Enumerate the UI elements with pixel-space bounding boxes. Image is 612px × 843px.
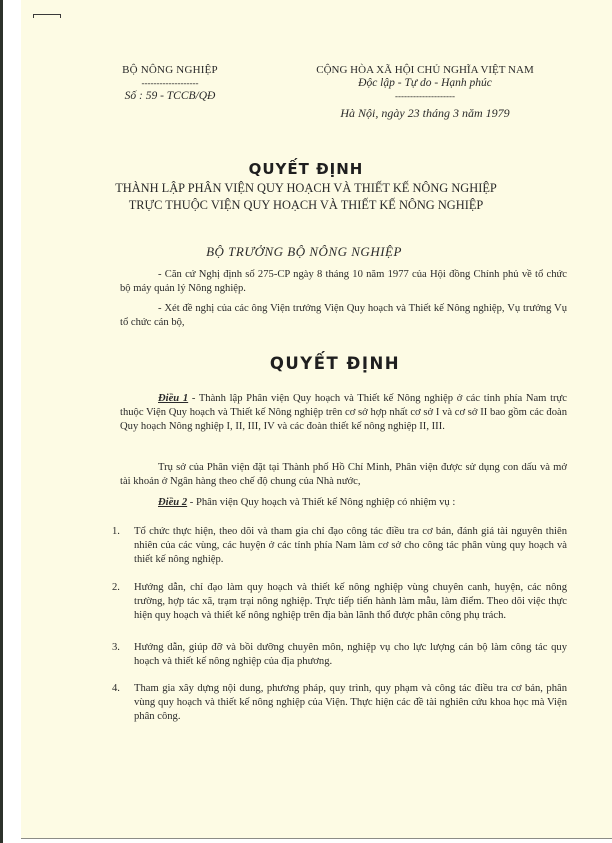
national-motto: Độc lập - Tự do - Hạnh phúc (300, 77, 550, 89)
subtitle-line-1: THÀNH LẬP PHÂN VIỆN QUY HOẠCH VÀ THIẾT K… (0, 180, 612, 197)
scan-bottom-edge (21, 838, 612, 839)
document-subtitle: THÀNH LẬP PHÂN VIỆN QUY HOẠCH VÀ THIẾT K… (0, 180, 612, 214)
preamble-2: - Xét đề nghị của các ông Viện trưởng Vi… (120, 302, 567, 330)
preamble-2-text: - Xét đề nghị của các ông Viện trưởng Vi… (120, 303, 567, 328)
scan-left-edge (0, 0, 3, 843)
duty-text: Hướng dẫn, giúp đỡ và bồi dưỡng chuyên m… (134, 641, 567, 669)
preamble-1: - Căn cứ Nghị định số 275-CP ngày 8 thán… (120, 268, 567, 296)
ministry-name: BỘ NÔNG NGHIỆP (100, 64, 240, 76)
article-1: Điều 1 - Thành lập Phân viện Quy hoạch v… (120, 392, 567, 434)
duty-number: 3. (112, 641, 134, 669)
duty-number: 4. (112, 682, 134, 724)
decision-heading: QUYẾT ĐỊNH (0, 354, 612, 373)
duty-text: Tổ chức thực hiện, theo dõi và tham gia … (134, 525, 567, 567)
article-2-label: Điều 2 (158, 497, 187, 508)
article-1-text: - Thành lập Phân viện Quy hoạch và Thiết… (120, 393, 567, 432)
article-2: Điều 2 - Phân viện Quy hoạch và Thiết kế… (120, 496, 567, 510)
article-2-text: - Phân viện Quy hoạch và Thiết kế Nông n… (187, 497, 455, 508)
issuer-header: BỘ NÔNG NGHIỆP ------------------- Số : … (100, 64, 240, 102)
separator: -------------------- (300, 91, 550, 101)
duty-text: Hướng dẫn, chỉ đạo làm quy hoạch và thiế… (134, 581, 567, 623)
duty-text: Tham gia xây dựng nội dung, phương pháp,… (134, 682, 567, 724)
separator: ------------------- (100, 78, 240, 88)
duty-number: 1. (112, 525, 134, 567)
issuer-title: BỘ TRƯỞNG BỘ NÔNG NGHIỆP (0, 244, 612, 260)
duty-number: 2. (112, 581, 134, 623)
national-header: CỘNG HÒA XÃ HỘI CHỦ NGHĨA VIỆT NAM Độc l… (300, 64, 550, 121)
subtitle-line-2: TRỰC THUỘC VIỆN QUY HOẠCH VÀ THIẾT KẾ NÔ… (0, 197, 612, 214)
document-date: Hà Nội, ngày 23 tháng 3 năm 1979 (300, 106, 550, 121)
article-1-label: Điều 1 (158, 393, 188, 404)
headquarters-paragraph: Trụ sở của Phân viện đặt tại Thành phố H… (120, 461, 567, 489)
country-name: CỘNG HÒA XÃ HỘI CHỦ NGHĨA VIỆT NAM (300, 64, 550, 76)
duty-item-1: 1. Tổ chức thực hiện, theo dõi và tham g… (112, 525, 567, 567)
preamble-1-text: - Căn cứ Nghị định số 275-CP ngày 8 thán… (120, 269, 567, 294)
duty-item-3: 3. Hướng dẫn, giúp đỡ và bồi dưỡng chuyê… (112, 641, 567, 669)
document-number: Số : 59 - TCCB/QĐ (100, 90, 240, 102)
document-title: QUYẾT ĐỊNH (0, 160, 612, 178)
staple-mark (33, 14, 61, 18)
headquarters-text: Trụ sở của Phân viện đặt tại Thành phố H… (120, 462, 567, 487)
duty-item-2: 2. Hướng dẫn, chỉ đạo làm quy hoạch và t… (112, 581, 567, 623)
duty-item-4: 4. Tham gia xây dựng nội dung, phương ph… (112, 682, 567, 724)
